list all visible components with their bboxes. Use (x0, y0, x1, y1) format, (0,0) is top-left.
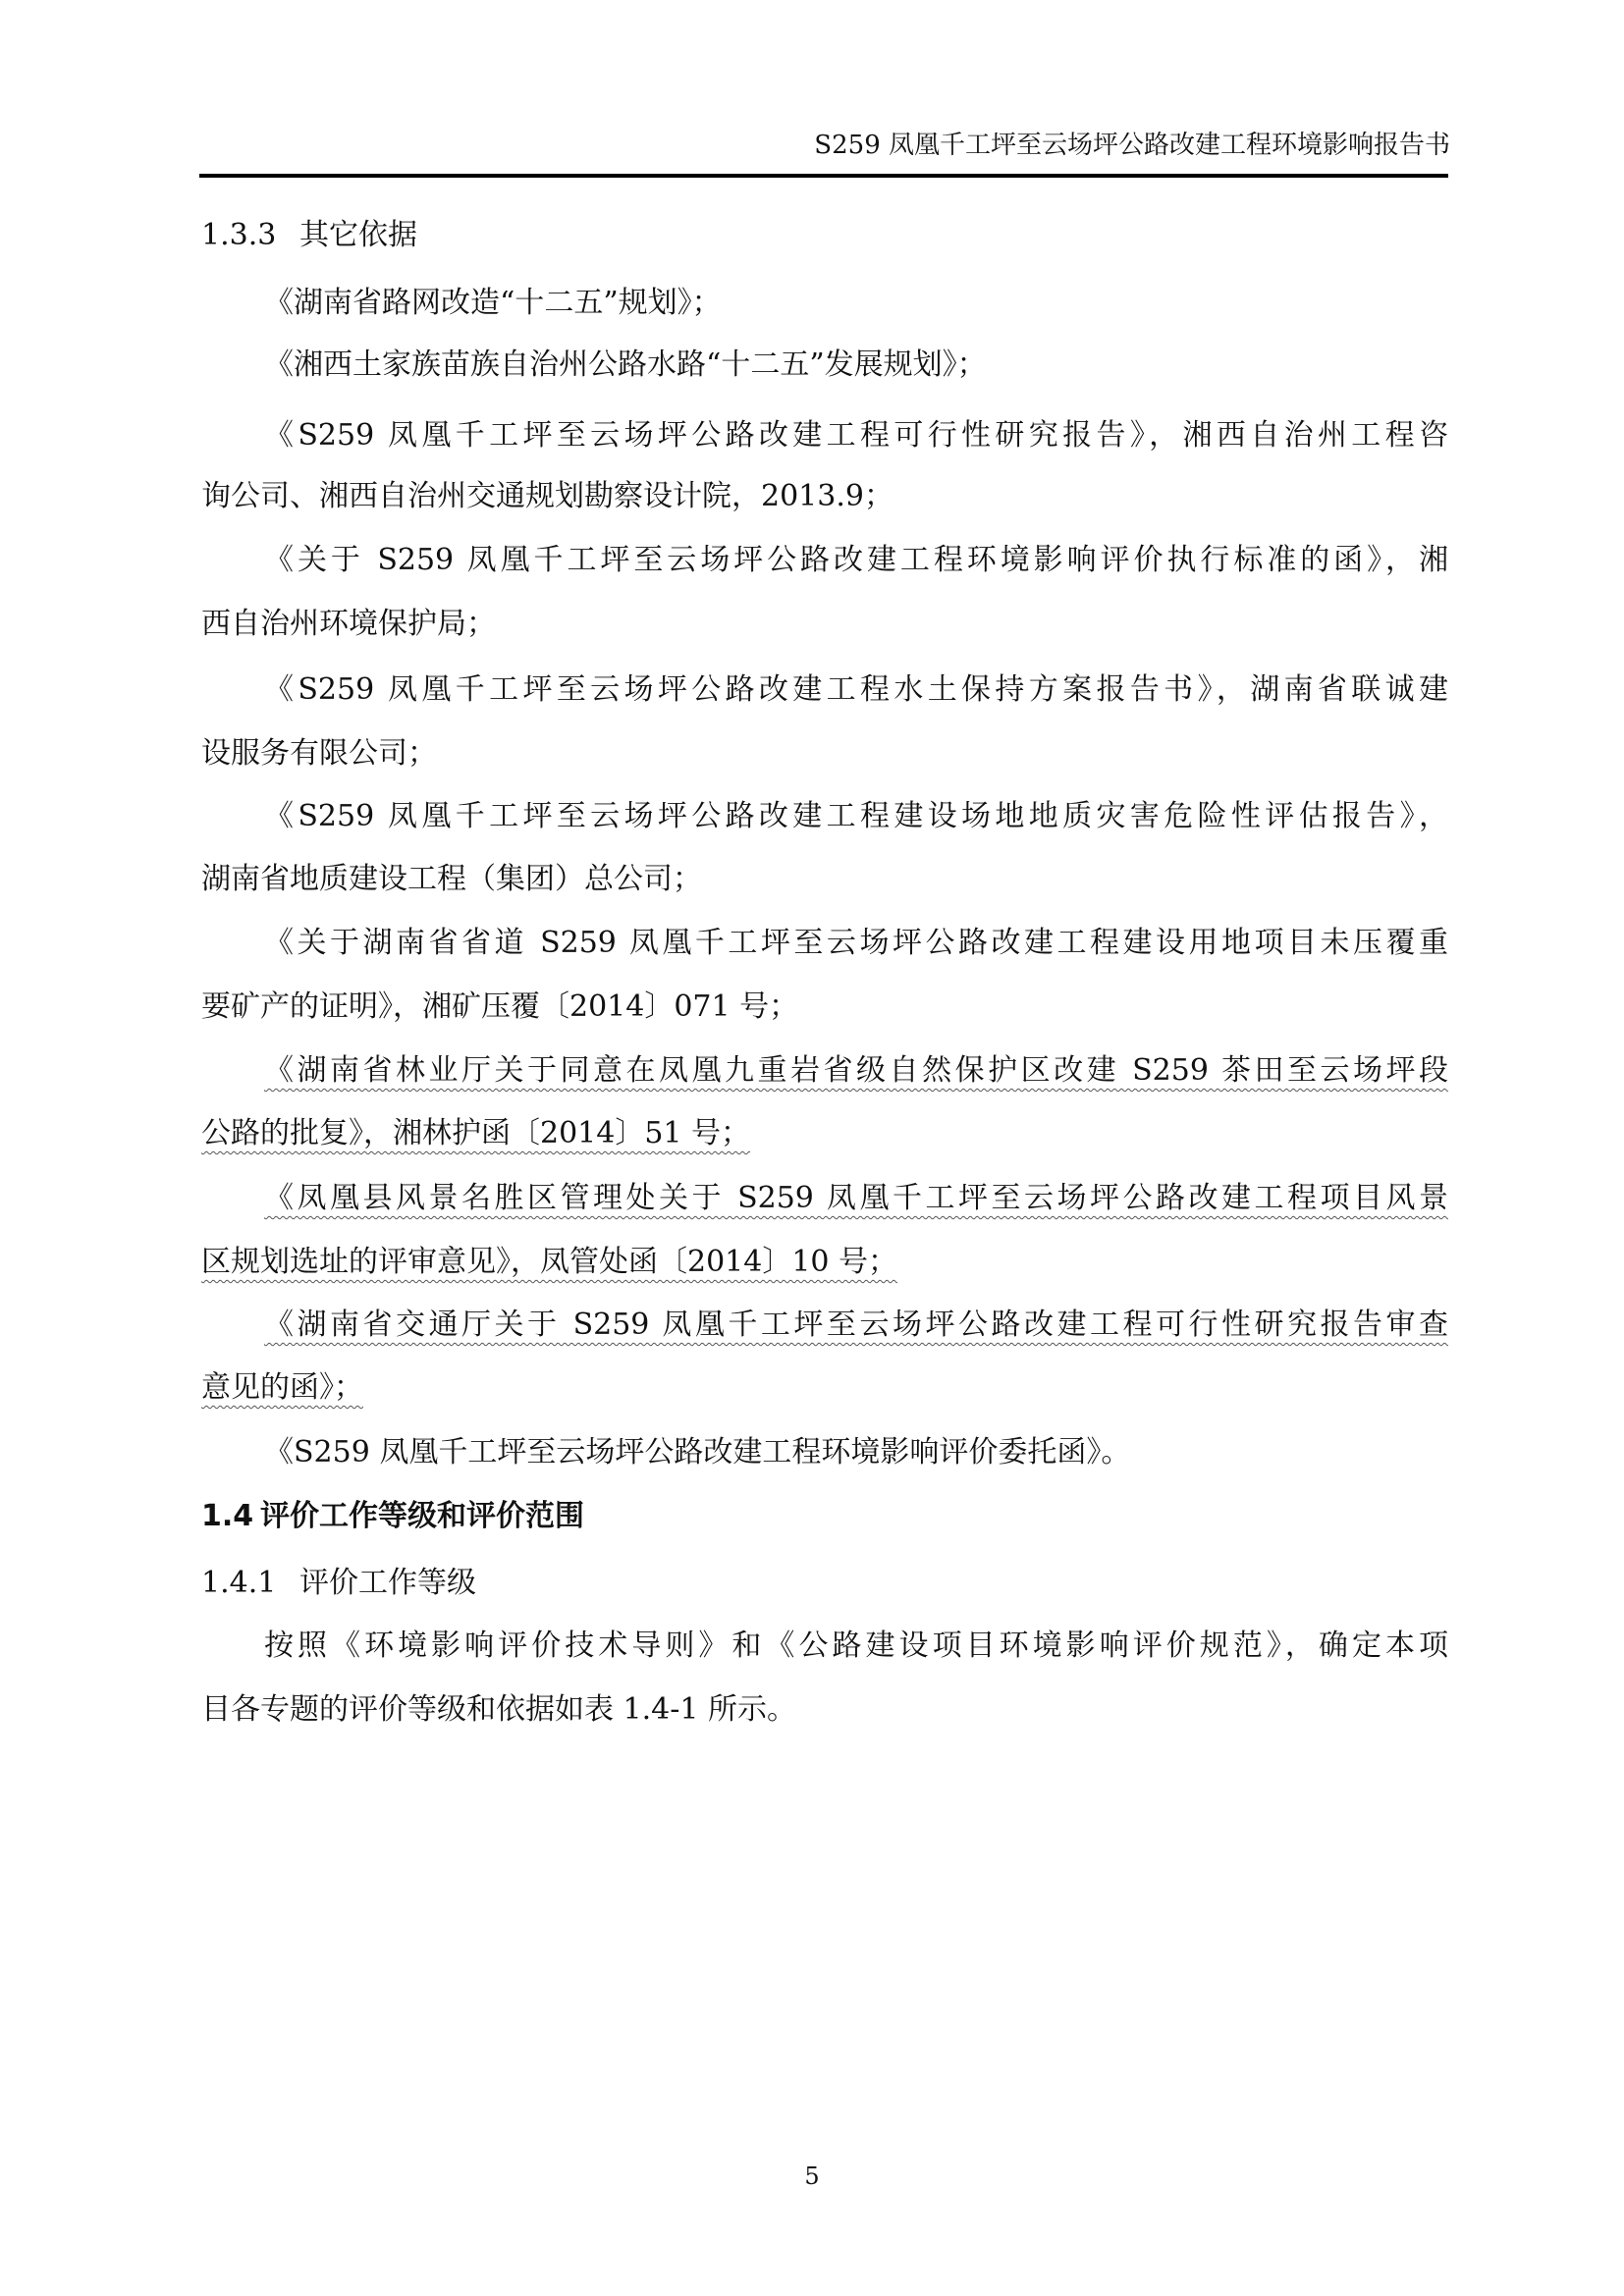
section-number: 1.3.3 (201, 216, 299, 255)
reference-item: 《关于湖南省省道 S259 凤凰千工坪至云场坪公路改建工程建设用地项目未压覆重 (201, 924, 1448, 963)
reference-item-cont: 湖南省地质建设工程（集团）总公司； (201, 860, 1448, 899)
header-rule (199, 174, 1448, 178)
reference-item-underlined: 《湖南省林业厅关于同意在凤凰九重岩省级自然保护区改建 S259 茶田至云场坪段 (201, 1051, 1448, 1091)
section-number: 1.4.1 (201, 1564, 299, 1603)
section-title: 评价工作等级和评价范围 (260, 1499, 584, 1533)
page-number: 5 (0, 2163, 1624, 2190)
reference-item: 《S259 凤凰千工坪至云场坪公路改建工程环境影响评价委托函》。 (201, 1433, 1448, 1472)
body-paragraph: 按照《环境影响评价技术导则》和《公路建设项目环境影响评价规范》，确定本项 (201, 1627, 1448, 1666)
reference-item-cont: 西自治州环境保护局； (201, 605, 1448, 644)
reference-item: 《湖南省路网改造“十二五”规划》； (201, 284, 1448, 323)
section-title: 评价工作等级 (299, 1566, 476, 1600)
section-title: 其它依据 (299, 218, 417, 252)
reference-item-underlined: 《凤凰县风景名胜区管理处关于 S259 凤凰千工坪至云场坪公路改建工程项目风景 (201, 1179, 1448, 1218)
reference-item-cont: 询公司、湘西自治州交通规划勘察设计院，2013.9； (201, 477, 1448, 516)
reference-item-underlined: 《湖南省交通厅关于 S259 凤凰千工坪至云场坪公路改建工程可行性研究报告审查 (201, 1306, 1448, 1345)
section-heading-1-4-1: 1.4.1评价工作等级 (201, 1564, 1448, 1603)
section-heading-1-3-3: 1.3.3其它依据 (201, 216, 1448, 255)
section-heading-1-4: 1.4评价工作等级和评价范围 (201, 1497, 1448, 1536)
reference-item: 《S259 凤凰千工坪至云场坪公路改建工程可行性研究报告》，湘西自治州工程咨 (201, 416, 1448, 455)
reference-item: 《关于 S259 凤凰千工坪至云场坪公路改建工程环境影响评价执行标准的函》，湘 (201, 541, 1448, 580)
reference-item-cont: 要矿产的证明》，湘矿压覆〔2014〕071 号； (201, 988, 1448, 1027)
reference-item-cont: 区规划选址的评审意见》，凤管处函〔2014〕10 号； (201, 1243, 1448, 1282)
reference-item-cont: 公路的批复》，湘林护函〔2014〕51 号； (201, 1114, 1448, 1153)
reference-item: 《S259 凤凰千工坪至云场坪公路改建工程建设场地地质灾害危险性评估报告》， (201, 797, 1448, 836)
section-number: 1.4 (201, 1497, 260, 1536)
body-paragraph-cont: 目各专题的评价等级和依据如表 1.4-1 所示。 (201, 1690, 1448, 1730)
reference-item-cont: 设服务有限公司； (201, 734, 1448, 774)
reference-item: 《湘西土家族苗族自治州公路水路“十二五”发展规划》； (201, 346, 1448, 385)
reference-item: 《S259 凤凰千工坪至云场坪公路改建工程水土保持方案报告书》，湖南省联诚建 (201, 670, 1448, 710)
reference-item-cont: 意见的函》； (201, 1368, 1448, 1408)
running-header: S259 凤凰千工坪至云场坪公路改建工程环境影响报告书 (201, 130, 1450, 161)
